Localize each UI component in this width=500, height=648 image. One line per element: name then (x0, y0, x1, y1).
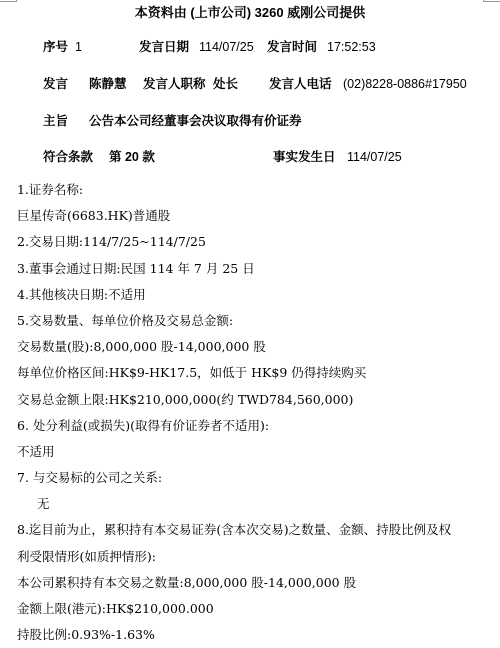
speaker-name: 陈静慧 (89, 75, 127, 93)
document-title: 本资料由 (上市公司) 3260 威刚公司提供 (0, 4, 500, 22)
body-line-unit-price-range: 每单位价格区间:HK$9-HK17.5，如低于 HK$9 仍得持续购买 (17, 363, 487, 389)
body-line-relationship-value: 无 (17, 494, 487, 520)
body-line-trade-date: 2.交易日期:114/7/25~114/7/25 (17, 232, 487, 258)
announce-date-label: 发言日期 (139, 38, 189, 56)
speaker-title-label: 发言人职称 (143, 75, 206, 93)
body-line-holding-ratio: 持股比例:0.93%-1.63% (17, 625, 487, 648)
page-corner-mark-left (0, 0, 17, 2)
body-line-security-name: 巨星传奇(6683.HK)普通股 (17, 206, 487, 232)
body-line-other-approval-date: 4.其他核决日期:不适用 (17, 285, 487, 311)
body-line-security-name-heading: 1.证券名称: (17, 180, 487, 206)
subject-label: 主旨 (43, 112, 68, 130)
announce-time-value: 17:52:53 (327, 38, 376, 56)
body-line-disposal-gain-value: 不适用 (17, 442, 487, 468)
body-line-trade-summary-heading: 5.交易数量、每单位价格及交易总金额: (17, 311, 487, 337)
speaker-title-value: 处长 (213, 75, 238, 93)
speaker-phone-value: (02)8228-0886#17950 (343, 75, 467, 93)
subject-value: 公告本公司经董事会决议取得有价证券 (89, 112, 302, 130)
clause-label: 符合条款 (43, 148, 93, 166)
body-line-total-amount-cap: 交易总金额上限:HK$210,000,000(约 TWD784,560,000) (17, 390, 487, 416)
fact-date-label: 事实发生日 (273, 148, 336, 166)
body-line-cumulative-amount: 金额上限(港元):HK$210,000.000 (17, 599, 487, 625)
body-line-cumulative-quantity: 本公司累积持有本交易之数量:8,000,000 股-14,000,000 股 (17, 573, 487, 599)
fact-date-value: 114/07/25 (347, 148, 402, 166)
body-line-disposal-gain-heading: 6. 处分利益(或损失)(取得有价证券者不适用): (17, 416, 487, 442)
speaker-label: 发言 (43, 75, 68, 93)
announce-date-value: 114/07/25 (199, 38, 254, 56)
body-line-cumulative-heading: 8.迄目前为止，累积持有本交易证券(含本次交易)之数量、金额、持股比例及权 (17, 520, 487, 546)
body-line-relationship-heading: 7. 与交易标的公司之关系: (17, 468, 487, 494)
sequence-label: 序号 (43, 38, 68, 56)
sequence-value: 1 (75, 38, 82, 56)
body-line-trade-quantity: 交易数量(股):8,000,000 股-14,000,000 股 (17, 337, 487, 363)
speaker-phone-label: 发言人电话 (269, 75, 332, 93)
page-corner-mark-right (483, 0, 500, 2)
body-line-cumulative-heading-cont: 利受限情形(如质押情形): (17, 547, 487, 573)
announce-time-label: 发言时间 (267, 38, 317, 56)
body-line-board-date: 3.董事会通过日期:民国 114 年 7 月 25 日 (17, 259, 487, 285)
announcement-body: 1.证券名称: 巨星传奇(6683.HK)普通股 2.交易日期:114/7/25… (17, 180, 487, 648)
clause-value: 第 20 款 (109, 148, 155, 166)
